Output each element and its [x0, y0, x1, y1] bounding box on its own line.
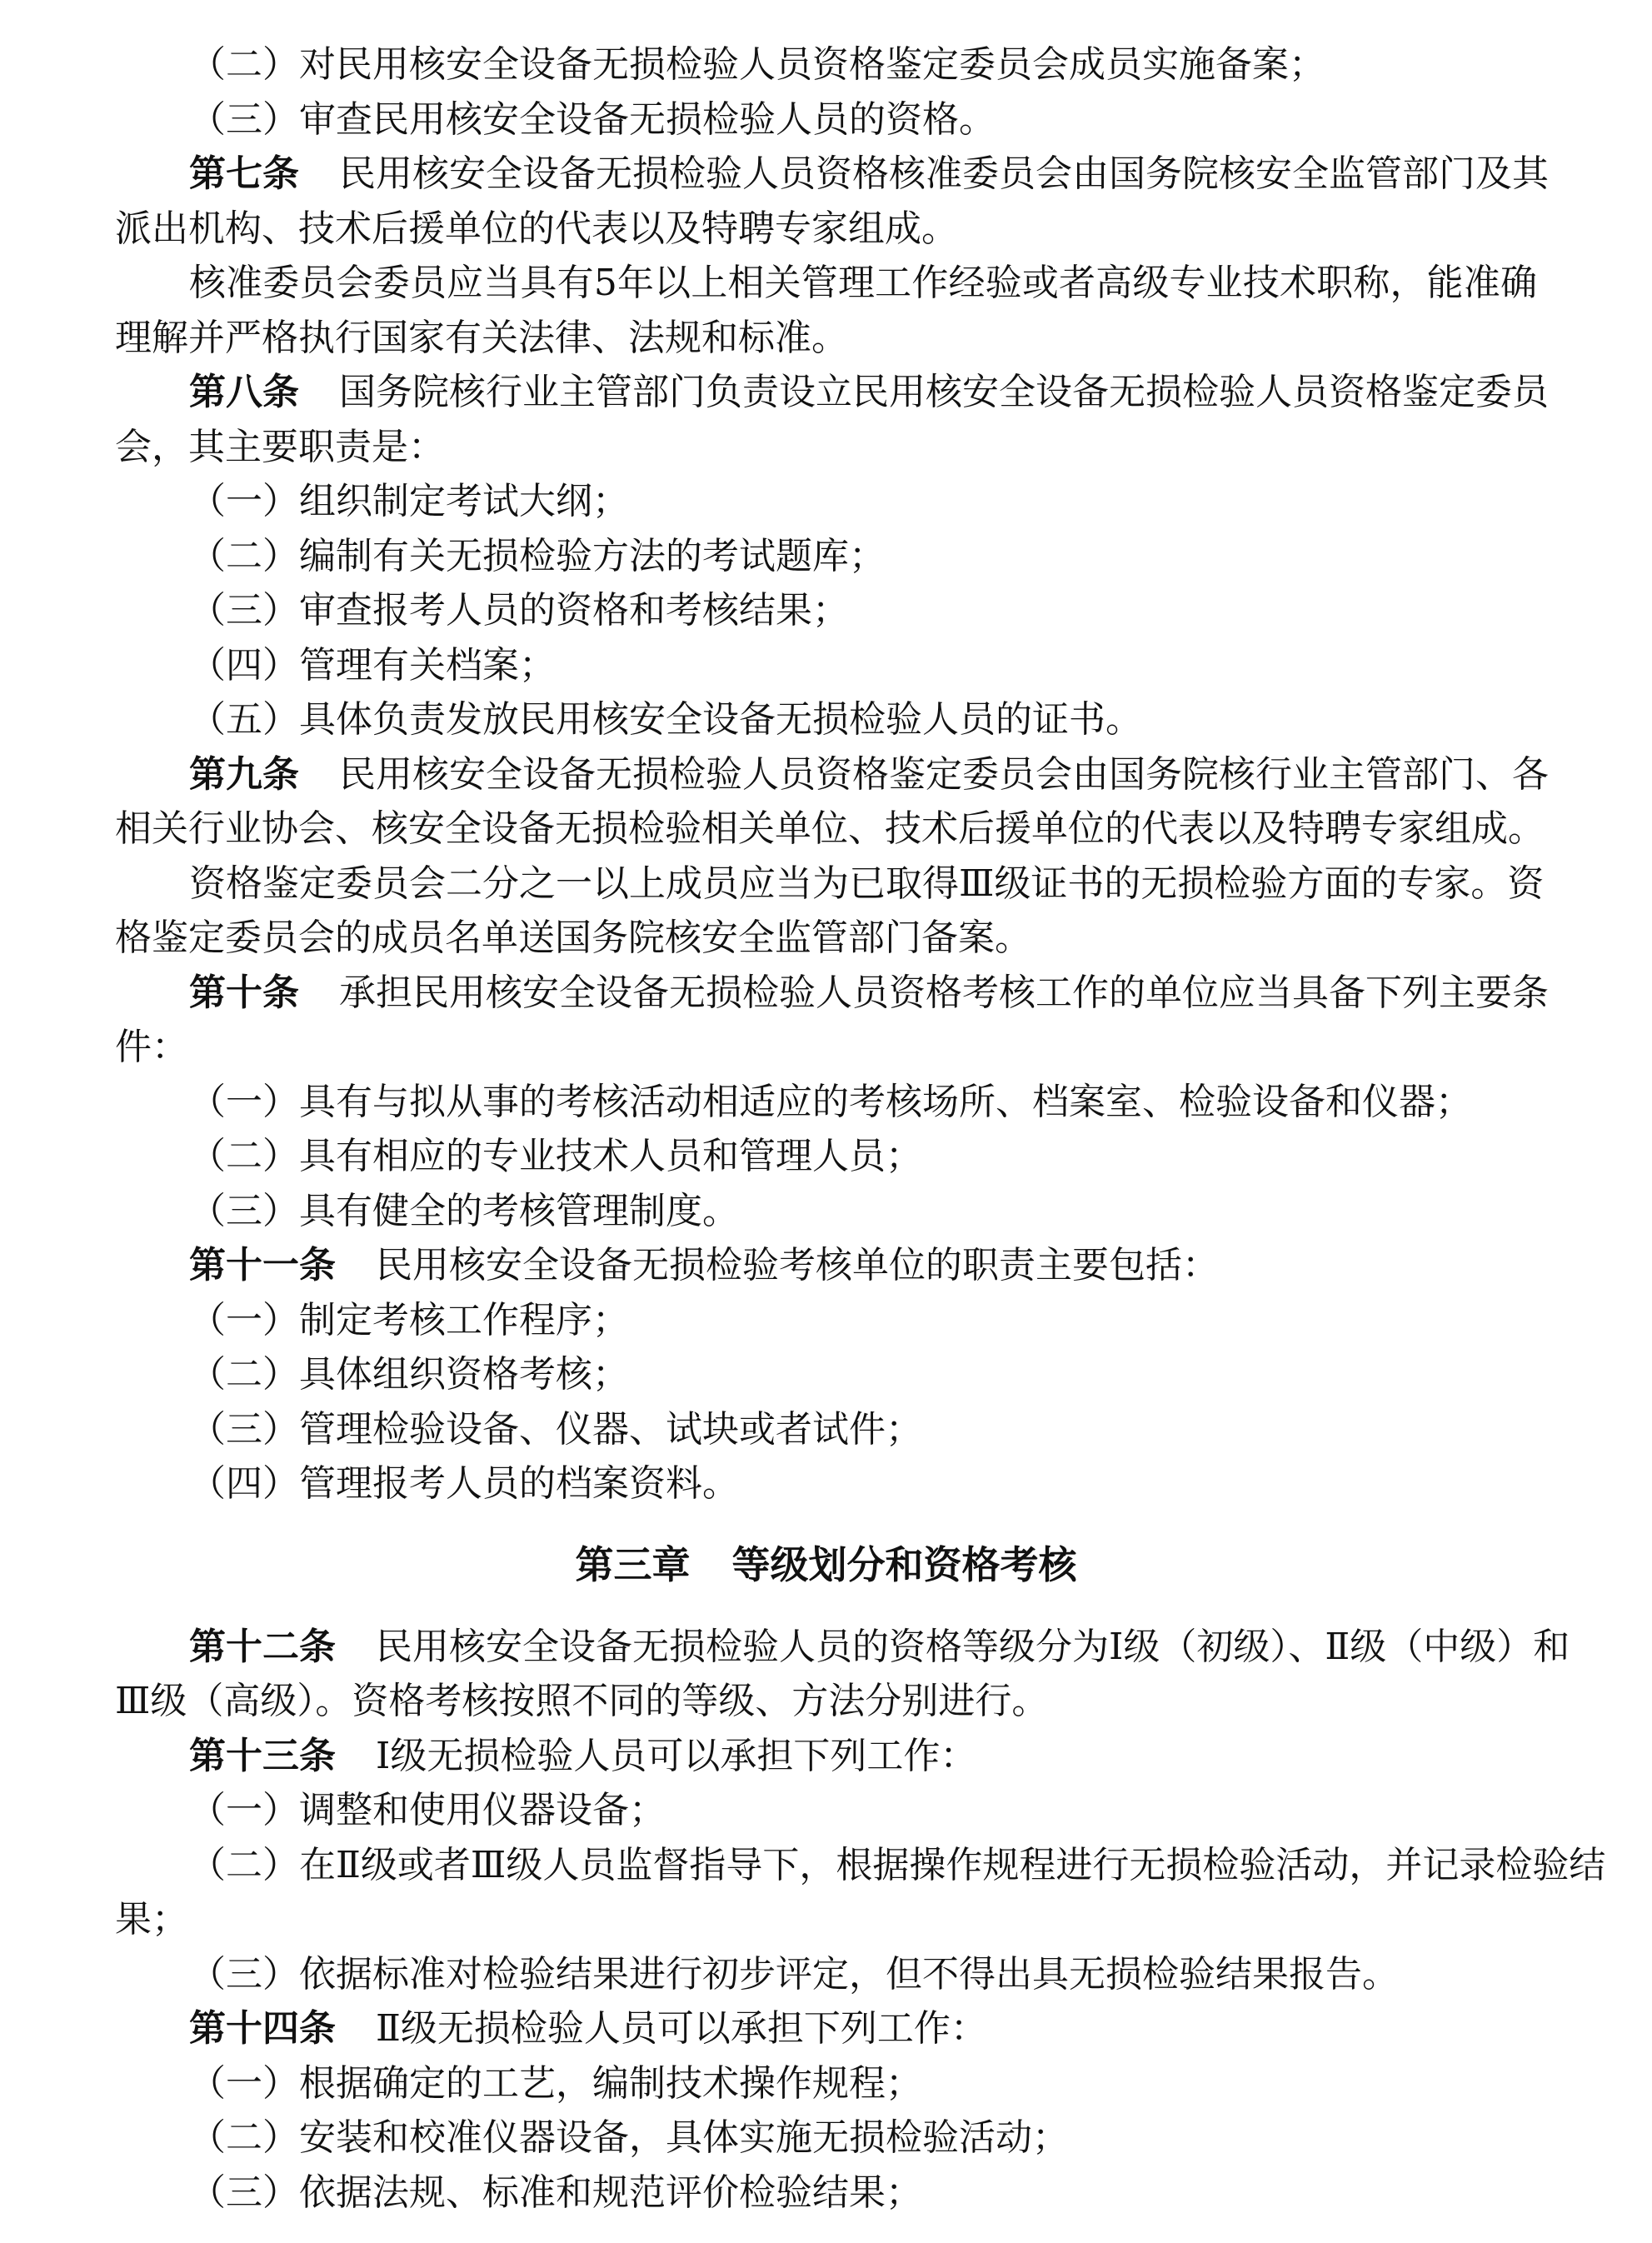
list-item: （三）具有健全的考核管理制度。: [189, 1188, 1537, 1235]
list-item: （三）审查报考人员的资格和考核结果；: [189, 587, 1537, 634]
article-paragraph: 第十条承担民用核安全设备无损检验人员资格考核工作的单位应当具备下列主要条: [189, 970, 1537, 1017]
list-item: （一）根据确定的工艺，编制技术操作规程；: [189, 2061, 1537, 2107]
article-paragraph: 第七条民用核安全设备无损检验人员资格核准委员会由国务院核安全监管部门及其: [189, 151, 1537, 197]
chapter-heading: 第三章等级划分和资格考核: [0, 1540, 1652, 1590]
article-paragraph: 第十四条Ⅱ级无损检验人员可以承担下列工作：: [189, 2006, 1537, 2052]
line-text: （三）审查报考人员的资格和考核结果；: [189, 589, 849, 632]
line-text: （二）安装和校准仪器设备，具体实施无损检验活动；: [189, 2116, 1069, 2159]
line-text: （四）管理报考人员的档案资料。: [189, 1462, 739, 1505]
list-item: （一）制定考核工作程序；: [189, 1297, 1537, 1344]
list-item: （三）依据法规、标准和规范评价检验结果；: [189, 2170, 1537, 2216]
article-label: 第八条: [189, 371, 299, 413]
line-text: （四）管理有关档案；: [189, 644, 556, 687]
article-paragraph: 第十三条Ⅰ级无损检验人员可以承担下列工作：: [189, 1733, 1537, 1780]
line-text: 国务院核行业主管部门负责设立民用核安全设备无损检验人员资格鉴定委员: [339, 371, 1549, 413]
line-text: 民用核安全设备无损检验考核单位的职责主要包括：: [376, 1244, 1219, 1286]
line-text: 会，其主要职责是：: [115, 426, 445, 468]
list-item: （二）在Ⅱ级或者Ⅲ级人员监督指导下，根据操作规程进行无损检验活动，并记录检验结: [189, 1842, 1537, 1889]
list-item: （四）管理报考人员的档案资料。: [189, 1461, 1537, 1507]
article-label: 第十二条: [189, 1626, 336, 1668]
document-page: （二）对民用核安全设备无损检验人员资格鉴定委员会成员实施备案； （三）审查民用核…: [0, 0, 1652, 2243]
line-text: Ⅰ级无损检验人员可以承担下列工作：: [376, 1735, 976, 1777]
line-text: （三）依据法规、标准和规范评价检验结果；: [189, 2171, 922, 2214]
paragraph-line: 会，其主要职责是：: [115, 424, 1537, 471]
line-text: （一）组织制定考试大纲；: [189, 480, 629, 522]
line-text: （三）审查民用核安全设备无损检验人员的资格。: [189, 98, 996, 141]
line-text: 格鉴定委员会的成员名单送国务院核安全监管部门备案。: [115, 917, 1031, 959]
article-label: 第十四条: [189, 2007, 336, 2050]
line-text: （二）在Ⅱ级或者Ⅲ级人员监督指导下，根据操作规程进行无损检验活动，并记录检验结: [189, 1844, 1605, 1886]
line-text: （三）管理检验设备、仪器、试块或者试件；: [189, 1408, 922, 1451]
list-item: （一）调整和使用仪器设备；: [189, 1787, 1537, 1834]
paragraph-line: 格鉴定委员会的成员名单送国务院核安全监管部门备案。: [115, 915, 1537, 962]
line-text: （二）对民用核安全设备无损检验人员资格鉴定委员会成员实施备案；: [189, 43, 1325, 86]
line-text: 果；: [115, 1898, 188, 1941]
chapter-number: 第三章: [576, 1542, 691, 1587]
line-text: （一）具有与拟从事的考核活动相适应的考核场所、档案室、检验设备和仪器；: [189, 1081, 1472, 1123]
line-text: 承担民用核安全设备无损检验人员资格考核工作的单位应当具备下列主要条: [339, 972, 1549, 1014]
line-text: 资格鉴定委员会二分之一以上成员应当为已取得Ⅲ级证书的无损检验方面的专家。资: [189, 862, 1544, 905]
line-text: 派出机构、技术后援单位的代表以及特聘专家组成。: [115, 207, 958, 250]
paragraph-line: 派出机构、技术后援单位的代表以及特聘专家组成。: [115, 206, 1537, 252]
article-label: 第七条: [189, 152, 299, 195]
list-item: （二）安装和校准仪器设备，具体实施无损检验活动；: [189, 2115, 1537, 2161]
line-text: （一）调整和使用仪器设备；: [189, 1789, 666, 1831]
list-item: （五）具体负责发放民用核安全设备无损检验人员的证书。: [189, 697, 1537, 743]
paragraph-line: 果；: [115, 1896, 1537, 1943]
line-text: Ⅲ级（高级）。资格考核按照不同的等级、方法分别进行。: [115, 1680, 1048, 1722]
article-label: 第十条: [189, 972, 299, 1014]
line-text: 民用核安全设备无损检验人员资格核准委员会由国务院核安全监管部门及其: [339, 152, 1549, 195]
list-item: （一）具有与拟从事的考核活动相适应的考核场所、档案室、检验设备和仪器；: [189, 1079, 1537, 1126]
paragraph-line: 资格鉴定委员会二分之一以上成员应当为已取得Ⅲ级证书的无损检验方面的专家。资: [189, 861, 1537, 907]
line-text: Ⅱ级无损检验人员可以承担下列工作：: [376, 2007, 987, 2050]
list-item: （一）组织制定考试大纲；: [189, 478, 1537, 525]
list-item: （四）管理有关档案；: [189, 642, 1537, 689]
line-text: （三）依据标准对检验结果进行初步评定，但不得出具无损检验结果报告。: [189, 1953, 1399, 1996]
line-text: （二）编制有关无损检验方法的考试题库；: [189, 535, 886, 577]
list-item: （二）具体组织资格考核；: [189, 1351, 1537, 1398]
line-text: （三）具有健全的考核管理制度。: [189, 1190, 739, 1232]
line-text: 民用核安全设备无损检验人员资格鉴定委员会由国务院核行业主管部门、各: [339, 753, 1549, 796]
paragraph-line: Ⅲ级（高级）。资格考核按照不同的等级、方法分别进行。: [115, 1678, 1537, 1725]
line-text: （五）具体负责发放民用核安全设备无损检验人员的证书。: [189, 698, 1142, 741]
list-item: （三）审查民用核安全设备无损检验人员的资格。: [189, 97, 1537, 143]
article-paragraph: 第八条国务院核行业主管部门负责设立民用核安全设备无损检验人员资格鉴定委员: [189, 369, 1537, 416]
line-text: 相关行业协会、核安全设备无损检验相关单位、技术后援单位的代表以及特聘专家组成。: [115, 807, 1545, 850]
list-item: （三）依据标准对检验结果进行初步评定，但不得出具无损检验结果报告。: [189, 1951, 1537, 1998]
line-text: （一）制定考核工作程序；: [189, 1299, 629, 1341]
article-label: 第十一条: [189, 1244, 336, 1286]
line-text: 民用核安全设备无损检验人员的资格等级分为Ⅰ级（初级）、Ⅱ级（中级）和: [376, 1626, 1570, 1668]
line-text: （二）具有相应的专业技术人员和管理人员；: [189, 1135, 922, 1177]
paragraph-line: 件：: [115, 1024, 1537, 1071]
paragraph-line: 相关行业协会、核安全设备无损检验相关单位、技术后援单位的代表以及特聘专家组成。: [115, 806, 1537, 852]
line-text: （二）具体组织资格考核；: [189, 1353, 629, 1396]
article-paragraph: 第九条民用核安全设备无损检验人员资格鉴定委员会由国务院核行业主管部门、各: [189, 752, 1537, 798]
list-item: （二）对民用核安全设备无损检验人员资格鉴定委员会成员实施备案；: [189, 42, 1537, 88]
line-text: 理解并严格执行国家有关法律、法规和标准。: [115, 317, 848, 359]
chapter-title: 等级划分和资格考核: [732, 1542, 1077, 1587]
article-label: 第九条: [189, 753, 299, 796]
line-text: 核准委员会委员应当具有5年以上相关管理工作经验或者高级专业技术职称，能准确: [189, 262, 1537, 304]
article-label: 第十三条: [189, 1735, 336, 1777]
line-text: 件：: [115, 1026, 188, 1068]
list-item: （二）具有相应的专业技术人员和管理人员；: [189, 1133, 1537, 1180]
paragraph-line: 核准委员会委员应当具有5年以上相关管理工作经验或者高级专业技术职称，能准确: [189, 260, 1537, 307]
paragraph-line: 理解并严格执行国家有关法律、法规和标准。: [115, 315, 1537, 362]
article-paragraph: 第十二条民用核安全设备无损检验人员的资格等级分为Ⅰ级（初级）、Ⅱ级（中级）和: [189, 1624, 1537, 1671]
list-item: （三）管理检验设备、仪器、试块或者试件；: [189, 1406, 1537, 1453]
line-text: （一）根据确定的工艺，编制技术操作规程；: [189, 2062, 922, 2105]
article-paragraph: 第十一条民用核安全设备无损检验考核单位的职责主要包括：: [189, 1242, 1537, 1289]
list-item: （二）编制有关无损检验方法的考试题库；: [189, 533, 1537, 580]
